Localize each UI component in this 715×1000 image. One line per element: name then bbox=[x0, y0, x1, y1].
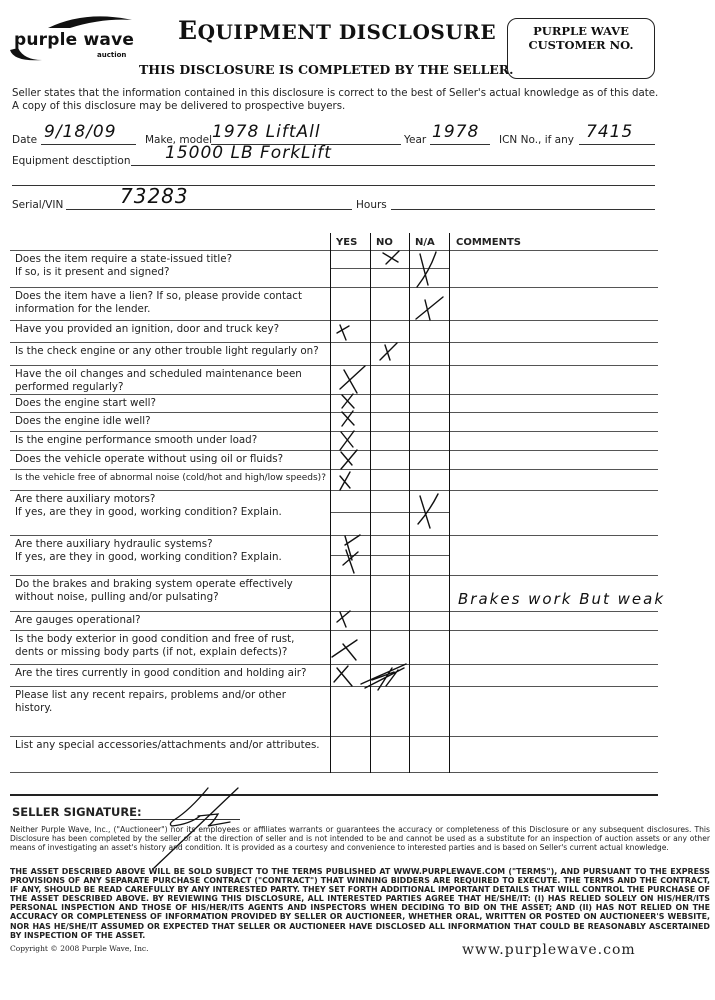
copyright-text: Copyright © 2008 Purple Wave, Inc. bbox=[10, 944, 149, 953]
x-mark-icon bbox=[340, 472, 350, 490]
legal-terms-text: THE ASSET DESCRIBED ABOVE WILL BE SOLD S… bbox=[10, 867, 710, 940]
x-mark-icon bbox=[343, 535, 360, 573]
x-mark-icon bbox=[342, 394, 354, 408]
x-mark-icon bbox=[416, 297, 443, 320]
disclaimer-text: Neither Purple Wave, Inc., ("Auctioneer"… bbox=[10, 825, 710, 853]
x-mark-icon bbox=[383, 251, 399, 264]
brakes-comment: Brakes work But weak bbox=[458, 590, 665, 608]
website-link[interactable]: www.purplewave.com bbox=[462, 942, 636, 958]
x-mark-icon bbox=[334, 666, 352, 686]
x-mark-icon bbox=[417, 252, 436, 287]
x-mark-icon bbox=[380, 343, 397, 360]
x-mark-icon bbox=[418, 494, 438, 528]
x-mark-icon bbox=[340, 366, 365, 393]
x-mark-icon bbox=[341, 450, 357, 469]
x-mark-icon bbox=[340, 431, 354, 450]
seller-signature-label: SELLER SIGNATURE: bbox=[12, 805, 142, 819]
scribble-mark-icon bbox=[361, 664, 406, 690]
checkmark-layer bbox=[0, 0, 715, 800]
x-mark-icon bbox=[337, 325, 349, 340]
x-mark-icon bbox=[337, 611, 350, 627]
x-mark-icon bbox=[332, 640, 357, 660]
x-mark-icon bbox=[342, 411, 354, 426]
